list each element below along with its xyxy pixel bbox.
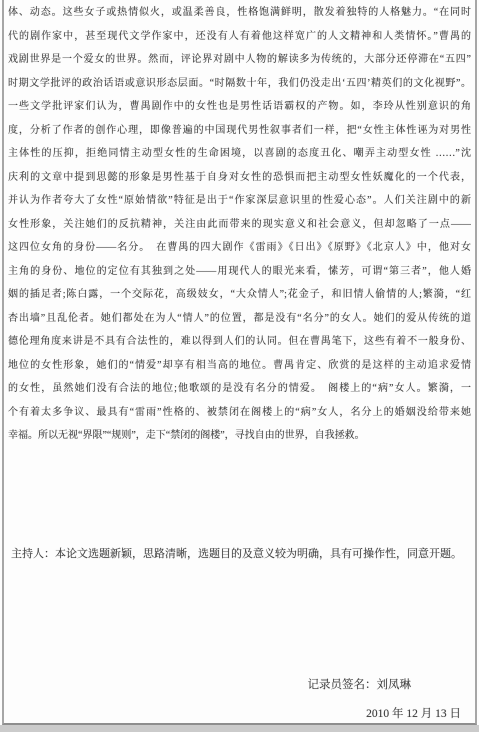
text-line: 的女性，虽然她们没有合法的地位;他歌颂的是没有名分的情爱。 阁楼上的“病”女人。…: [8, 377, 471, 401]
text-line: 杏出墙”且乱伦者。她们都处在为人“情人”的位置，都是没有“名分”的女人。她们的爱…: [8, 307, 471, 331]
recorder-signature: 记录员签名：刘凤琳: [308, 675, 412, 695]
document-page: 体、动态。这些女子或热情似火，或温柔善良，性格饱满鲜明，散发着独特的人格魅力。“…: [0, 0, 479, 732]
record-date: 2010 年 12 月 13 日: [366, 704, 461, 724]
text-line: 庆利的文章中提到思懿的形象是男性基于自身对女性的恐惧而把主动型女性妖魔化的一个代…: [8, 166, 471, 190]
text-line: 时期文学批评的政治话语或意识形态层面。“时隔数十年，我们仍没走出‘五四’精英们的…: [8, 72, 471, 96]
text-line: 度，分析了作者的创作心理，即像普遍的中国现代男性叙事者们一样，把“女性主体性诬为…: [8, 119, 471, 143]
body-text: 体、动态。这些女子或热情似火，或温柔善良，性格饱满鲜明，散发着独特的人格魅力。“…: [4, 0, 475, 448]
document-cell: 体、动态。这些女子或热情似火，或温柔善良，性格饱满鲜明，散发着独特的人格魅力。“…: [2, 0, 477, 725]
text-line: 女性形象，关注她们的反抗精神，关注由此而带来的现实意义和社会意义，但却忽略了一点…: [8, 213, 471, 237]
text-line: 戏剧世界是一个爱女的世界。然而，评论界对剧中人物的解读多为传统的，大部分还停滞在…: [8, 48, 471, 72]
text-line: 代的剧作家中，甚至现代文学作家中，还没有人有着他这样宽广的人文精神和人类情怀。”…: [8, 25, 471, 49]
text-line: 姻的插足者;陈白露，一个交际花，高级妓女，“大众情人”;花金子，和旧情人偷情的人…: [8, 283, 471, 307]
text-line: 并认为作者夸大了女性“原始情欲”特征是出于“作家深层意识里的性爱心态”。人们关注…: [8, 189, 471, 213]
text-line: 主体性的压抑，拒绝同情主动型女性的生命困境，以喜剧的态度丑化、嘲弄主动型女性 ……: [8, 142, 471, 166]
text-line: 德伦理角度来讲是不具有合法性的，难以得到人们的认同。但在曹禺笔下，这些有着不一般…: [8, 330, 471, 354]
text-line: 体、动态。这些女子或热情似火，或温柔善良，性格饱满鲜明，散发着独特的人格魅力。“…: [8, 1, 471, 25]
host-comment: 主持人：本论文选题新颖，思路清晰，选题目的及意义较为明确，具有可操作性，同意开题…: [11, 543, 468, 566]
text-line: 主角的身份、地位的定位有其独到之处——用现代人的眼光来看，愫芳，可谓“第三者”，…: [8, 260, 471, 284]
page-edge-shadow: [0, 725, 479, 732]
text-line: 一些文学批评家们认为，曹禺剧作中的女性也是男性话语霸权的产物。如，李玲从性别意识…: [8, 95, 471, 119]
text-line: 个有着太多争议、最具有“雷雨”性格的、被禁闭在阁楼上的“病”女人，名分上的婚姻没…: [8, 401, 471, 425]
text-line: 这四位女角的身份——名分。 在曹禺的四大剧作《雷雨》《日出》《原野》《北京人》中…: [8, 236, 471, 260]
text-line: 地位的女性形象，她们的“情爱”却享有相当高的地位。曹禺肯定、欣赏的是这样的主动追…: [8, 354, 471, 378]
text-line: 幸福。所以无视“界限”“规则”，走下“禁闭的阁楼”，寻找自由的世界，自我拯救。: [8, 424, 471, 448]
